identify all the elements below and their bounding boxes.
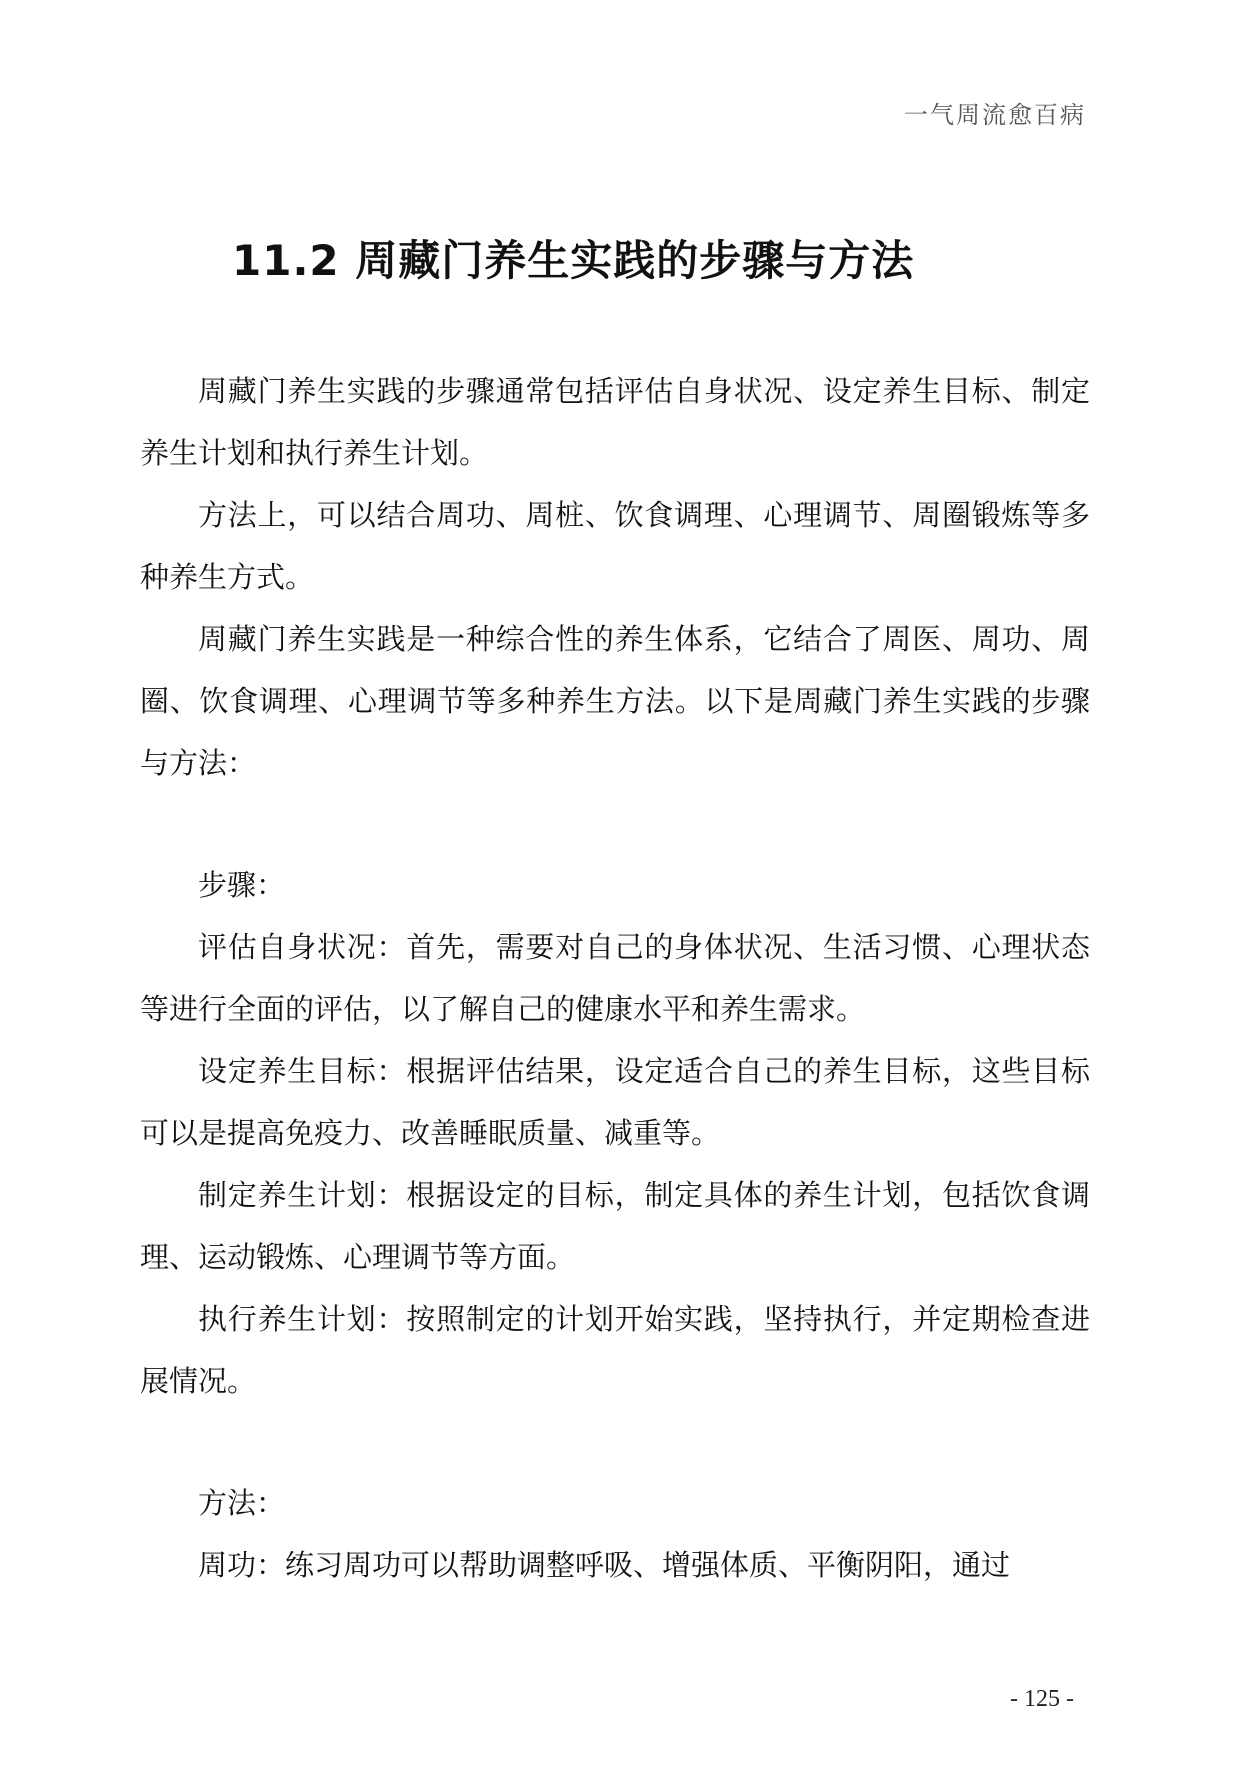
methods-heading: 方法： (140, 1472, 1090, 1534)
step-item: 评估自身状况：首先，需要对自己的身体状况、生活习惯、心理状态等进行全面的评估，以… (140, 916, 1090, 1040)
running-header: 一气周流愈百病 (904, 95, 1086, 130)
paragraph: 方法上，可以结合周功、周桩、饮食调理、心理调节、周圈锻炼等多种养生方式。 (140, 484, 1090, 608)
page-number: - 125 - (1010, 1686, 1074, 1713)
method-item: 周功：练习周功可以帮助调整呼吸、增强体质、平衡阴阳，通过 (140, 1534, 1090, 1596)
body-text: 周藏门养生实践的步骤通常包括评估自身状况、设定养生目标、制定养生计划和执行养生计… (140, 360, 1090, 1596)
paragraph: 周藏门养生实践是一种综合性的养生体系，它结合了周医、周功、周圈、饮食调理、心理调… (140, 608, 1090, 794)
step-item: 制定养生计划：根据设定的目标，制定具体的养生计划，包括饮食调理、运动锻炼、心理调… (140, 1164, 1090, 1288)
chapter-title: 11.2 周藏门养生实践的步骤与方法 (232, 228, 914, 288)
step-item: 设定养生目标：根据评估结果，设定适合自己的养生目标，这些目标可以是提高免疫力、改… (140, 1040, 1090, 1164)
steps-heading: 步骤： (140, 854, 1090, 916)
paragraph: 周藏门养生实践的步骤通常包括评估自身状况、设定养生目标、制定养生计划和执行养生计… (140, 360, 1090, 484)
spacer (140, 794, 1090, 854)
step-item: 执行养生计划：按照制定的计划开始实践，坚持执行，并定期检查进展情况。 (140, 1288, 1090, 1412)
spacer (140, 1412, 1090, 1472)
